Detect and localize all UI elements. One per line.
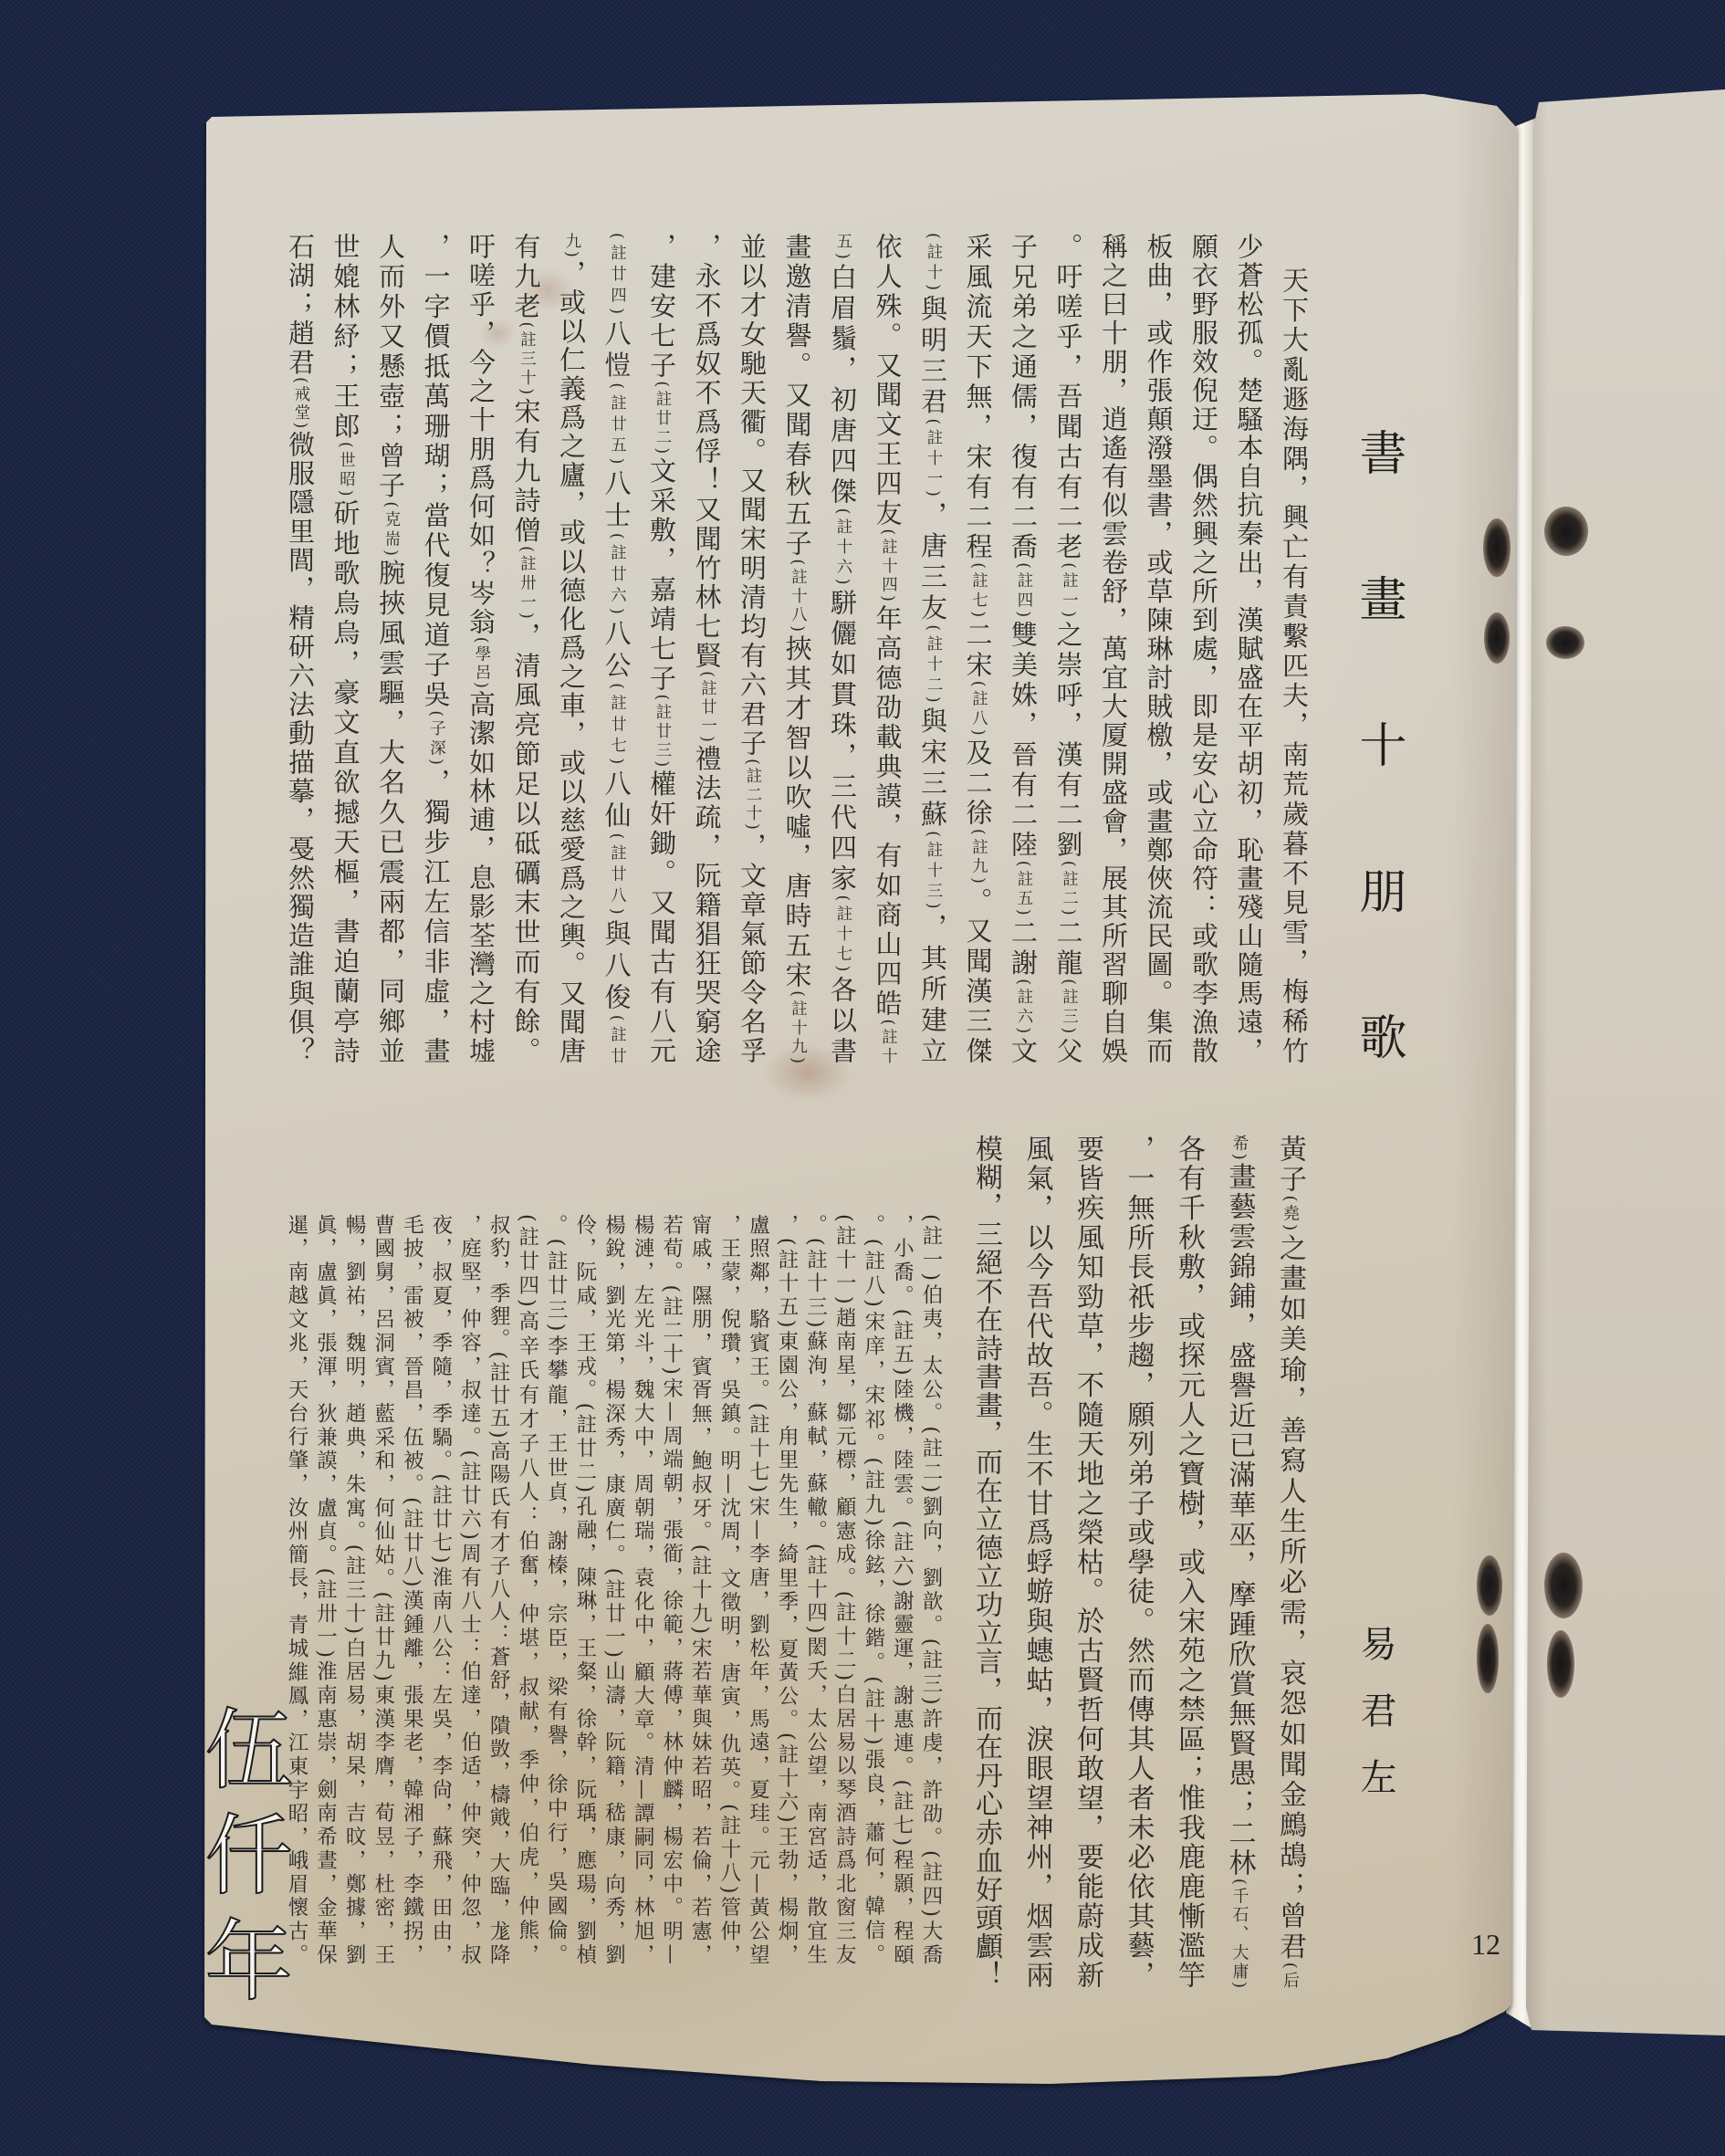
poem-column: 五)白眉鬚，初唐四傑(註十六)駢儷如貫珠，三代四家(註十七)各以書 bbox=[820, 233, 865, 1063]
footnote-column: ，(註十五)東園公，甪里先生，綺里季，夏黃公。(註十六)王勃，楊炯， bbox=[771, 1214, 800, 1964]
footnote-column: 。(註十三)蘇洵，蘇軾，蘇轍。(註十四)閎夭，太公望，南宮适，散宜生 bbox=[800, 1214, 830, 1964]
page-number: 12 bbox=[1471, 1928, 1500, 1962]
poem-column: 畫邀清譽。又聞春秋五子(註十八)挾其才智以吹噓，唐時五宋(註十九) bbox=[774, 233, 820, 1063]
poem-column: 采風流天下無，宋有二程(註七)二宋(註八)及二徐(註九)。又聞漢三傑 bbox=[955, 233, 1000, 1063]
annotation: (註十一) bbox=[924, 419, 942, 497]
annotation: 九) bbox=[562, 233, 580, 257]
rust-stain bbox=[1544, 507, 1588, 556]
annotation: (註七) bbox=[969, 562, 988, 617]
poem-column: ，建安七子(註廿二)文采敷，嘉靖七子(註廿三)權奸鋤。又聞古有八元 bbox=[639, 233, 685, 1063]
poem-column: 。吁嗟乎，吾聞古有二老(註一)之崇呼，漢有二劉(註二)二龍(註三)父 bbox=[1045, 233, 1091, 1063]
poem-column: 要皆疾風知勁草，不隨天地之榮枯。於古賢哲何敢望，要能蔚成新 bbox=[1062, 1135, 1113, 1988]
footnote-column: (註一)伯夷，太公。(註二)劉向，劉歆。(註三)許虔，許劭。(註四)大喬 bbox=[915, 1214, 945, 1964]
poem-column: 天下大亂遯海隅，興亡有責繫匹夫，南荒歲暮不見雪，梅稀竹 bbox=[1271, 233, 1317, 1063]
poem-column: 依人殊。又聞文王四友(註十四)年高德劭載典謨，有如商山四皓(註十 bbox=[864, 233, 910, 1063]
annotation: (註卅一) bbox=[517, 546, 536, 619]
annotation: (註十七) bbox=[833, 895, 852, 971]
annotation: (註十 bbox=[879, 1020, 897, 1063]
annotation: (世昭) bbox=[337, 442, 355, 497]
annotation: (子深) bbox=[427, 710, 445, 765]
footnote-column: 曹國舅，呂洞賓，藍采和，何仙姑。(註廿九)東漢李膺，荀昱，杜密，王 bbox=[368, 1214, 397, 1964]
annotation: (註二) bbox=[1060, 861, 1078, 916]
annotation: (堯) bbox=[1281, 1196, 1300, 1231]
rust-stain bbox=[1483, 518, 1511, 577]
poem-column: 子兄弟之通儒，復有二喬(註四)雙美姝，晉有二陸(註五)二謝(註六)文 bbox=[1000, 233, 1046, 1063]
footnote-column: 甯戚，隰朋，賓胥無，鮑叔牙。(註十九)宋若華與妹若昭，若倫，若憲， bbox=[685, 1214, 715, 1964]
poem-column: 模糊，三絕不在詩書畫，而在立德立功立言，而在丹心赤血好頭顱！ bbox=[961, 1135, 1012, 1988]
annotation: (註三) bbox=[1060, 979, 1078, 1033]
footnote-column: (註廿四)高辛氏有才子八人：伯奮，仲堪，叔献，季仲，伯虎，仲熊， bbox=[512, 1214, 541, 1964]
poem-column: 各有千秋敷，或探元人之寶樹，或入宋苑之禁區；惟我鹿鹿慚濫竽 bbox=[1164, 1135, 1215, 1988]
footnote-column: 叔豹，季貍。(註廿五)高陽氏有才子八人：蒼舒，隤敳，檮戭，大臨，尨降 bbox=[484, 1214, 513, 1964]
footnote-column: 楊銳，劉光第，楊深秀，康廣仁。(註廿一)山濤，阮籍，嵇康，向秀，劉 bbox=[599, 1214, 628, 1964]
annotation: (註十八) bbox=[789, 559, 807, 632]
poem-column: 希)畫藝雲錦鋪，盛譽近已滿華巫，摩踵欣賞無賢愚；二林(千石、大庸) bbox=[1214, 1135, 1265, 1988]
poem-column: 風氣，以今吾代故吾。生不甘爲蜉蝣與蟪蛄，淚眼望神州，烟雲兩 bbox=[1011, 1135, 1062, 1988]
footnotes: (註一)伯夷，太公。(註二)劉向，劉歆。(註三)許虔，許劭。(註四)大喬，小喬。… bbox=[281, 1214, 945, 1964]
poem-column: 九)，或以仁義爲之廬，或以德化爲之車，或以慈愛爲之輿。又聞唐 bbox=[549, 233, 594, 1063]
annotation: (戒堂) bbox=[291, 377, 309, 428]
annotation: (註廿二) bbox=[653, 381, 671, 454]
annotation: (註二十) bbox=[743, 759, 761, 830]
footnote-column: 。(註廿三)李攀龍，王世貞，謝榛，宗臣，梁有譽，徐中行，吳國倫。 bbox=[541, 1214, 570, 1964]
annotation: (註十四) bbox=[879, 529, 897, 602]
poem-column: 願衣野服效倪迂。偶然興之所到處，即是安心立命符：或歌李漁散 bbox=[1181, 233, 1227, 1063]
annotation: (註四) bbox=[1014, 562, 1032, 617]
annotation: (註廿四) bbox=[608, 233, 626, 314]
annotation: (註八) bbox=[969, 681, 988, 736]
poem-column: (註廿四)八愷(註廿五)八士(註廿六)八公(註廿七)八仙(註廿八)與八俊(註廿 bbox=[593, 233, 639, 1063]
poem-column: 世媲林紓；王郎(世昭)斫地歌烏烏，豪文直欲撼天樞，書迫蘭亭詩 bbox=[322, 233, 368, 1063]
annotation: (註一) bbox=[1060, 562, 1078, 617]
annotation: (註六) bbox=[1014, 979, 1032, 1033]
annotation: (註廿五) bbox=[608, 382, 626, 464]
annotation: (千石、大庸) bbox=[1230, 1879, 1249, 1988]
footnote-column: 若荀。(註二十)宋—周端朝，張衜，徐範，蔣傅，林仲麟，楊宏中。明— bbox=[656, 1214, 685, 1964]
footnote-column: 。(註八)宋庠，宋祁。(註九)徐鉉，徐鍇。(註十)張良，蕭何，韓信。 bbox=[858, 1214, 887, 1964]
annotation: (註廿八) bbox=[608, 833, 626, 915]
poem-column: ，一字價抵萬珊瑚；當代復見道子吳(子深)，獨步江左信非虛，畫 bbox=[413, 233, 458, 1063]
footnote-column: 暢，劉祐，魏明，趙典，朱寓。(註三十)白居易，胡杲，吉旼，鄭據，劉 bbox=[340, 1214, 369, 1964]
footnote-column: 夜，叔夏，季隨，季騧。(註廿七)淮南八公：左吳，李尙，蘇飛，田由， bbox=[425, 1214, 455, 1964]
annotation: (註廿六) bbox=[608, 533, 626, 614]
footnote-column: 盧照鄰，駱賓王。(註十七)宋—李唐，劉松年，馬遠，夏珪。元—黃公望 bbox=[743, 1214, 772, 1964]
poem-column: 板曲，或作張顛潑墨書，或草陳琳討賊檄，或畫鄭俠流民圖。集而 bbox=[1135, 233, 1181, 1063]
annotation: (註廿 bbox=[608, 1015, 626, 1063]
poem-title: 書畫十朋歌 bbox=[1354, 428, 1402, 1158]
annotation: (註五) bbox=[1014, 861, 1032, 916]
poem-column: 稱之曰十朋，逍遙有似雲卷舒，萬宜大厦開盛會，展其所習聊自娛 bbox=[1091, 233, 1136, 1063]
footnote-column: (註十一)趙南星，鄒元標，顧憲成。(註十二)白居易以琴酒詩爲北窗三友 bbox=[830, 1214, 859, 1964]
author-name: 易君左 bbox=[1357, 1625, 1394, 1825]
rust-stain bbox=[1477, 1624, 1499, 1693]
annotation: (註三十) bbox=[517, 321, 536, 394]
annotation: (註十二) bbox=[924, 624, 942, 702]
poem-column: ，一無所長祇步趨，願列弟子或學徒。然而傳其人者未必依其藝， bbox=[1113, 1135, 1164, 1988]
annotation: 希) bbox=[1230, 1135, 1249, 1160]
annotation: (註十) bbox=[924, 233, 942, 290]
poem-column: ，永不爲奴不爲俘！又聞竹林七賢(註廿一)禮法疏，阮籍猖狂哭窮途 bbox=[684, 233, 729, 1063]
annotation: (註廿一) bbox=[698, 671, 716, 742]
footnote-column: 楊漣，左光斗，魏大中，周朝瑞，袁化中，顧大章。清—譚嗣同，林旭， bbox=[627, 1214, 656, 1964]
annotation: (學呂) bbox=[472, 637, 490, 688]
handwritten-signature: 伍仟年 bbox=[198, 1703, 286, 2021]
footnote-column: 毛披，雷被，晉昌，伍被。(註廿八)漢鍾離，張果老，韓湘子，李鐵拐， bbox=[397, 1214, 426, 1964]
rust-stain bbox=[1544, 1553, 1583, 1618]
annotation: (註十九) bbox=[789, 990, 807, 1063]
poem-column: 有九老(註三十)宋有九詩僧(註卅一)，清風亮節足以砥礪末世而有餘。 bbox=[503, 233, 549, 1063]
annotation: (註廿三) bbox=[653, 694, 671, 767]
annotation: (克耑) bbox=[382, 501, 400, 556]
poem-column: 少蒼松孤。楚騷本自抗秦出，漢賦盛在平胡初，恥畫殘山隨馬遠， bbox=[1226, 233, 1271, 1063]
rust-stain bbox=[1547, 1630, 1574, 1698]
footnote-column: ，王蒙，倪瓚，吳鎮。明—沈周，文徵明，唐寅，仇英。(註十八)管仲， bbox=[714, 1214, 743, 1964]
annotation: (註九) bbox=[969, 829, 988, 884]
poem-body-upper: 天下大亂遯海隅，興亡有責繫匹夫，南荒歲暮不見雪，梅稀竹少蒼松孤。楚騷本自抗秦出，… bbox=[277, 233, 1316, 1063]
poem-column: 黃子(堯)之畫如美瑜，善寫人生所必需，哀怨如聞金鷓鴣；曾君(后 bbox=[1265, 1135, 1316, 1988]
poem-column: 吁嗟乎，今之十朋爲何如？岑翁(學呂)高潔如林逋，息影荃灣之村墟 bbox=[458, 233, 504, 1063]
poem-body-lower: 黃子(堯)之畫如美瑜，善寫人生所必需，哀怨如聞金鷓鴣；曾君(后希)畫藝雲錦鋪，盛… bbox=[960, 1135, 1315, 1988]
poem-column: (註十)與明三君(註十一)，唐三友(註十二)與宋三蘇(註十三)，其所建立 bbox=[910, 233, 956, 1063]
poem-column: 人而外又懸壺；曾子(克耑)腕挾風雲驅，大名久已震兩都，同鄉並 bbox=[368, 233, 413, 1063]
footnote-column: 眞，盧眞，張渾，狄兼謨，盧貞。(註卅一)淮南惠崇，劍南希晝，金華保 bbox=[310, 1214, 340, 1964]
annotation: (註廿七) bbox=[608, 683, 626, 764]
rust-stain bbox=[1546, 626, 1584, 659]
footnote-column: ，庭堅，仲容，叔達。(註廿六)周有八士：伯達，伯适，仲突，仲忽，叔 bbox=[455, 1214, 484, 1964]
annotation: (后 bbox=[1281, 1962, 1300, 1988]
annotation: (註十三) bbox=[924, 831, 942, 908]
annotation: 五) bbox=[833, 233, 852, 259]
rust-stain bbox=[1484, 612, 1510, 664]
poem-column: 石湖；趙君(戒堂)微服隱里閭，精研六法動描摹，戞然獨造誰與俱？ bbox=[277, 233, 323, 1063]
footnote-column: 伶，阮咸，王戎。(註廿二)孔融，陳琳，王粲，徐幹，阮瑀，應瑒，劉楨 bbox=[570, 1214, 599, 1964]
annotation: (註十六) bbox=[833, 508, 852, 585]
poem-column: 並以才女馳天衢。又聞宋明清均有六君子(註二十)，文章氣節令名孚 bbox=[729, 233, 775, 1063]
footnote-column: ，小喬。(註五)陸機，陸雲。(註六)謝靈運，謝惠連。(註七)程顥，程頤 bbox=[887, 1214, 916, 1964]
rust-stain bbox=[1477, 1555, 1502, 1616]
